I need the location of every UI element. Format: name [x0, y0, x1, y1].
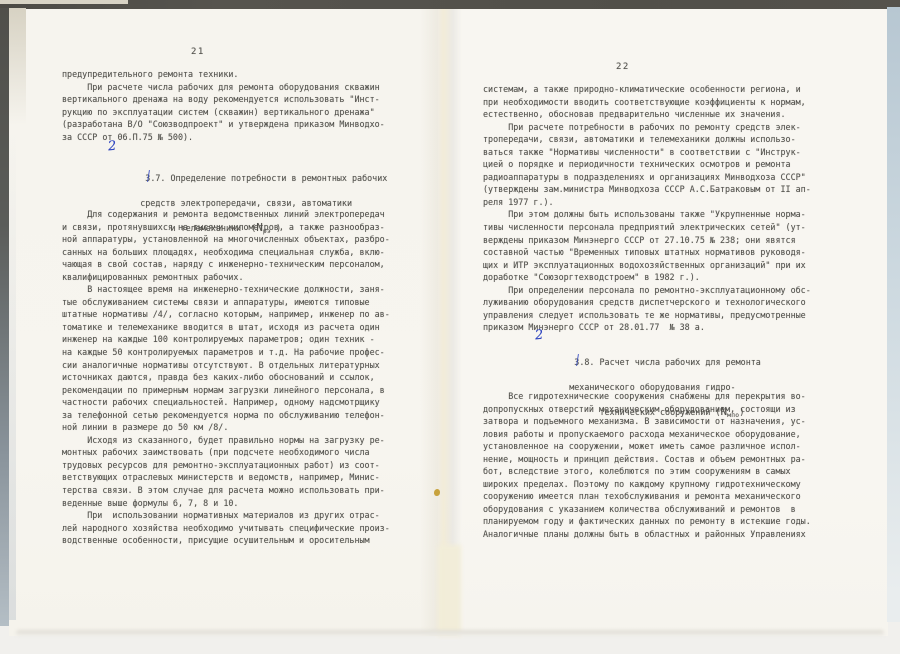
text-line: штатные нормативы /4/, согласно которым,…: [62, 308, 390, 321]
text-line: веденные выше формулы 6, 7, 8 и 10.: [62, 497, 390, 510]
text-line: за телефонной сетью рекомендуется норма …: [62, 409, 390, 422]
text-line: (разработана В/О "Союзводпроект" и утвер…: [62, 118, 385, 131]
text-line: управления следует использовать те же но…: [483, 309, 811, 322]
page-stack-edge: [9, 8, 26, 126]
text-line: санных на больших площадях, необходима с…: [62, 246, 390, 259]
text-line: источниках даются, правда без каких-либо…: [62, 371, 390, 384]
book-gutter-shadow: [420, 9, 462, 636]
text-line: вертикального дренажа на воду рекомендуе…: [62, 93, 385, 106]
page-edge-shading: [9, 120, 16, 620]
text-line: составной частью "Временных типовых штат…: [483, 246, 811, 259]
text-line: нение, мощность и принцип действия. Сост…: [483, 453, 811, 466]
text-line: При этом должны быть использованы также …: [483, 208, 811, 221]
text-line: ловия работы и пропускаемого расхода мех…: [483, 428, 811, 441]
body-text: Все гидротехнические сооружения снабжены…: [483, 390, 811, 541]
text-line: системам, а также природно-климатические…: [483, 83, 811, 96]
book-cover-right-edge: [887, 7, 900, 622]
text-line: В настоящее время на инженерно-техническ…: [62, 283, 390, 296]
text-line: частности рабочих специальностей. Наприм…: [62, 396, 390, 409]
body-text: системам, а также природно-климатические…: [483, 83, 811, 334]
gutter-page-curl: [438, 545, 461, 636]
text-line: рекомендации по примерным нормам загрузк…: [62, 384, 390, 397]
text-line: на каждые 50 контролируемых параметров и…: [62, 346, 390, 359]
page-stack-corner: [0, 0, 128, 4]
text-line: тивы численности персонала предприятий э…: [483, 221, 811, 234]
paragraph: предупредительного ремонта техники. При …: [62, 68, 385, 143]
text-line: допропускных отверстий механическим обор…: [483, 403, 811, 416]
book-cover-top-edge: [0, 0, 900, 9]
text-line: предупредительного ремонта техники.: [62, 68, 385, 81]
text-line: приказом Минэнерго СССР от 28.01.77 № 38…: [483, 321, 811, 334]
text-line: ной аппаратуры, установленной на многочи…: [62, 233, 390, 246]
text-line: ной линии в размере до 50 км /8/.: [62, 421, 390, 434]
text-line: При определении персонала по ремонтно-эк…: [483, 284, 811, 297]
text-line: верждены приказом Минэнерго СССР от 27.1…: [483, 234, 811, 247]
text-line: квалифицированных ремонтных рабочих.: [62, 271, 390, 284]
body-text: Для содержания и ремонта ведомственных л…: [62, 208, 390, 547]
text-line: ветствующих отраслевых министерств и вед…: [62, 471, 390, 484]
heading-text: Расчет числа рабочих для ремонта: [599, 357, 760, 367]
section-number: .8.: [579, 357, 599, 367]
scanned-book-spread: 21 предупредительного ремонта техники. П…: [0, 0, 900, 654]
text-line: трудовых ресурсов для ремонтно-эксплуата…: [62, 459, 390, 472]
text-line: рукцию по эксплуатации систем (скважин) …: [62, 106, 385, 119]
page-number: 21: [191, 46, 205, 59]
heading-text: Определение потребности в ремонтных рабо…: [170, 173, 387, 183]
text-line: радиоаппаратуры в подразделениях и орган…: [483, 171, 811, 184]
text-line: луживанию оборудования средств диспетчер…: [483, 296, 811, 309]
text-line: установленное на сооружении, может иметь…: [483, 440, 811, 453]
book-bottom-shadow: [16, 630, 884, 636]
text-line: бот, вследствие этого, колеблются по эти…: [483, 465, 811, 478]
handwritten-correction: 2: [107, 139, 117, 155]
text-line: сии аналогичные нормативы отсутствуют. В…: [62, 359, 390, 372]
text-line: при необходимости вводить соответствующи…: [483, 96, 811, 109]
text-line: При расчете потребности в рабочих по рем…: [483, 121, 811, 134]
book-cover-left-edge: [0, 8, 9, 626]
text-line: сооружению имеется план техобслуживания …: [483, 490, 811, 503]
text-line: терства связи. В этом случае для расчета…: [62, 484, 390, 497]
text-line: Все гидротехнические сооружения снабжены…: [483, 390, 811, 403]
text-line: ваться также "Нормативы численности" в с…: [483, 146, 811, 159]
text-line: затвора и подъемного механизма. В зависи…: [483, 415, 811, 428]
struck-section-digit: 3: [145, 172, 150, 185]
text-line: При расчете числа рабочих для ремонта об…: [62, 81, 385, 94]
text-line: водственные особенности, присущие осушит…: [62, 534, 390, 547]
text-line: Аналогичные планы должны быть в областны…: [483, 528, 811, 541]
text-line: Для содержания и ремонта ведомственных л…: [62, 208, 390, 221]
text-line: и связи, протянувшихся на тысячи километ…: [62, 221, 390, 234]
text-line: тропередачи, связи, автоматики и телемех…: [483, 133, 811, 146]
text-line: щих и ИТР эксплуатационных водохозяйстве…: [483, 259, 811, 272]
text-line: естественно, обосновав предварительно чи…: [483, 108, 811, 121]
text-line: цией о порядке и периодичности техническ…: [483, 158, 811, 171]
handwritten-correction: 2: [534, 328, 544, 344]
text-line: планируемом году и фактических данных по…: [483, 515, 811, 528]
text-line: чающая в свой состав, наряду с инженерно…: [62, 258, 390, 271]
text-line: лей народного хозяйства необходимо учиты…: [62, 522, 390, 535]
section-number: .7.: [150, 173, 170, 183]
text-line: широких пределах. Поэтому по каждому кру…: [483, 478, 811, 491]
text-line: реля 1977 г.).: [483, 196, 811, 209]
text-line: инженер на каждые 100 контролируемых пар…: [62, 333, 390, 346]
text-line: Исходя из сказанного, будет правильно но…: [62, 434, 390, 447]
text-line: томатике и телемеханике вводится в штат,…: [62, 321, 390, 334]
text-line: При использовании нормативных материалов…: [62, 509, 390, 522]
text-line: оборудования с указанием количества обсл…: [483, 503, 811, 516]
text-line: монтных рабочих заимствовать (при подсче…: [62, 446, 390, 459]
page-number: 22: [616, 61, 630, 74]
text-line: доработке "Союзоргтехводстроем" в 1982 г…: [483, 271, 811, 284]
text-line: тые обслуживанием системы связи и аппара…: [62, 296, 390, 309]
paper-defect-speck: [434, 489, 440, 496]
text-line: (утверждены зам.министра Минводхоза СССР…: [483, 183, 811, 196]
struck-section-digit: 3: [574, 356, 579, 369]
